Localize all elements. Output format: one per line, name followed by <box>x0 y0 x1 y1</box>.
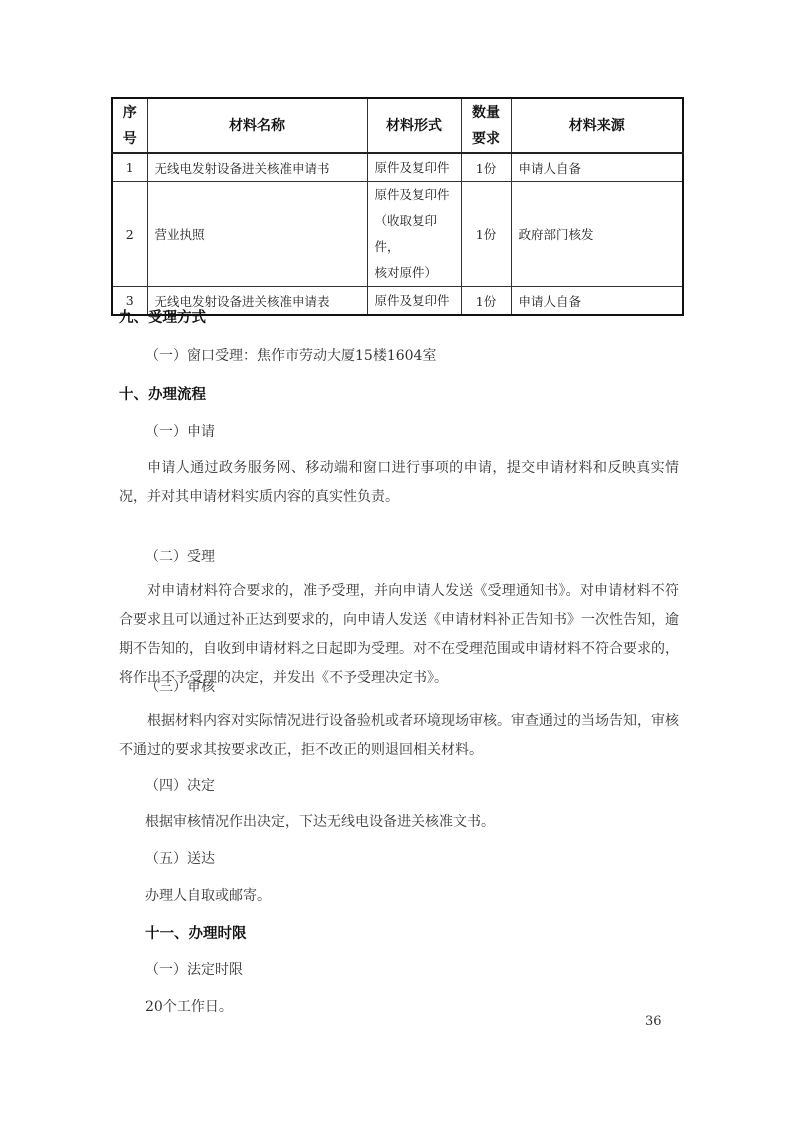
table-row: 1 无线电发射设备进关核准申请书 原件及复印件 1份 申请人自备 <box>112 153 683 182</box>
cell-qty: 1份 <box>461 182 511 287</box>
cell-form-line3: 核对原件） <box>375 265 438 280</box>
header-index-line1: 序 <box>123 105 137 121</box>
cell-index: 2 <box>112 182 147 287</box>
header-index-line2: 号 <box>123 131 137 147</box>
cell-name: 无线电发射设备进关核准申请书 <box>147 153 367 182</box>
cell-form: 原件及复印件 （收取复印件， 核对原件） <box>367 182 461 287</box>
cell-source: 申请人自备 <box>511 153 683 182</box>
step-1-title: （一）申请 <box>145 421 215 441</box>
step-4-title: （四）决定 <box>145 775 215 795</box>
materials-table: 序 号 材料名称 材料形式 数量 要求 材料来源 1 无线电发射设备进关核准申请… <box>111 97 684 316</box>
step-3-text: 根据材料内容对实际情况进行设备验机或者环境现场审核。审查通过的当场告知，审核不通… <box>119 707 679 765</box>
step-2-title: （二）受理 <box>145 546 215 566</box>
step-5-text: 办理人自取或邮寄。 <box>145 885 271 905</box>
section-heading-10: 十、办理流程 <box>119 383 206 404</box>
cell-form-line1: 原件及复印件 <box>375 187 450 202</box>
cell-form: 原件及复印件 <box>367 153 461 182</box>
section-heading-11: 十一、办理时限 <box>145 922 247 943</box>
table-row: 2 营业执照 原件及复印件 （收取复印件， 核对原件） 1份 政府部门核发 <box>112 182 683 287</box>
header-qty: 数量 要求 <box>461 98 511 153</box>
step-4-text: 根据审核情况作出决定，下达无线电设备进关核准文书。 <box>145 811 495 831</box>
cell-source: 政府部门核发 <box>511 182 683 287</box>
document-page: 序 号 材料名称 材料形式 数量 要求 材料来源 1 无线电发射设备进关核准申请… <box>0 0 793 1122</box>
header-index: 序 号 <box>112 98 147 153</box>
cell-source: 申请人自备 <box>511 287 683 316</box>
header-form: 材料形式 <box>367 98 461 153</box>
cell-index: 1 <box>112 153 147 182</box>
header-source: 材料来源 <box>511 98 683 153</box>
step-1-text: 申请人通过政务服务网、移动端和窗口进行事项的申请，提交申请材料和反映真实情况，并… <box>119 454 679 512</box>
cell-form: 原件及复印件 <box>367 287 461 316</box>
section-9-item-1: （一）窗口受理：焦作市劳动大厦15楼1604室 <box>145 345 436 365</box>
header-qty-line2: 要求 <box>472 131 500 147</box>
section-heading-9: 九、受理方式 <box>119 306 206 327</box>
cell-form-line2: （收取复印件， <box>375 213 438 254</box>
cell-qty: 1份 <box>461 153 511 182</box>
table-header-row: 序 号 材料名称 材料形式 数量 要求 材料来源 <box>112 98 683 153</box>
header-qty-line1: 数量 <box>472 105 500 121</box>
header-name: 材料名称 <box>147 98 367 153</box>
section-11-item-1-title: （一）法定时限 <box>145 959 243 979</box>
step-5-title: （五）送达 <box>145 848 215 868</box>
cell-name: 营业执照 <box>147 182 367 287</box>
cell-qty: 1份 <box>461 287 511 316</box>
section-11-item-1-text: 20个工作日。 <box>145 996 233 1016</box>
step-3-title: （三）审核 <box>145 676 215 696</box>
page-number: 36 <box>645 1014 662 1029</box>
